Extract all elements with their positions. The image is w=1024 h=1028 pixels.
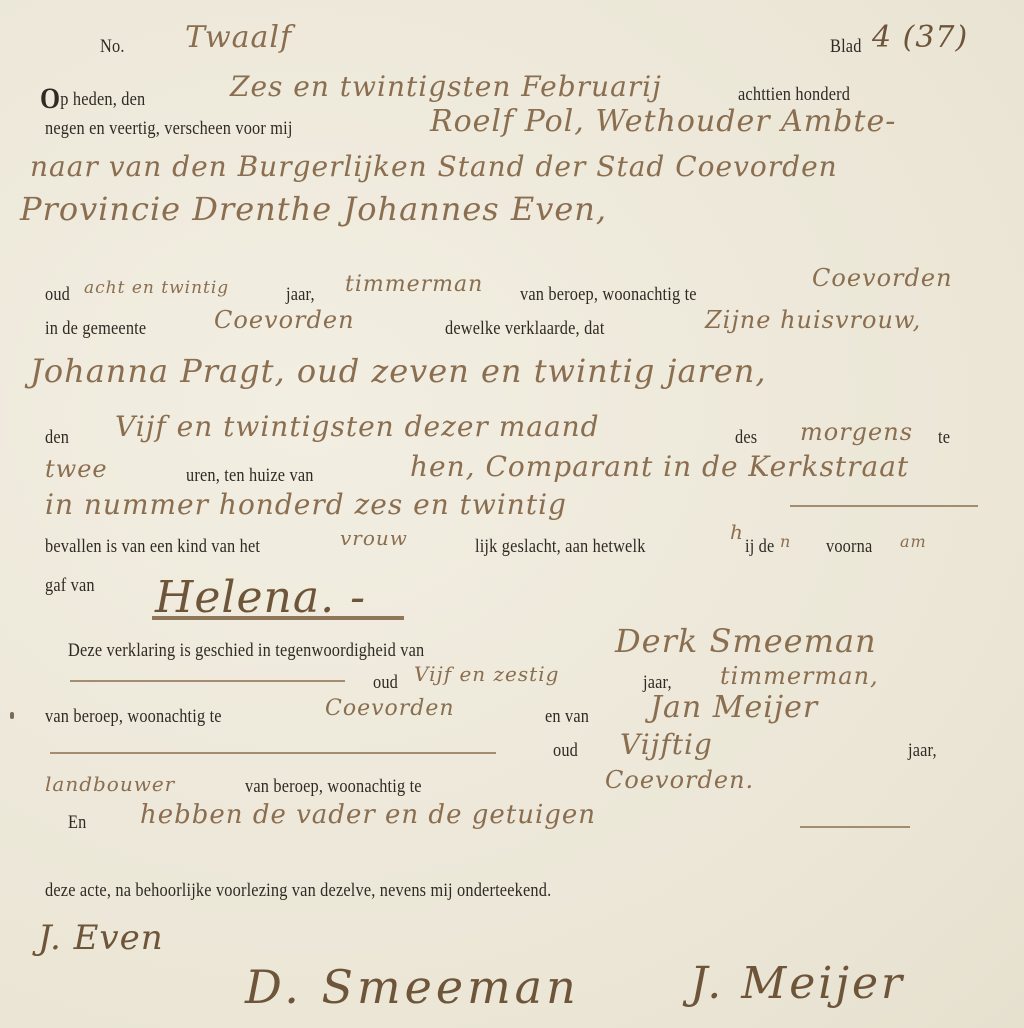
oud-label: oud bbox=[45, 284, 70, 306]
en-van-label: en van bbox=[545, 706, 589, 728]
witness2-occupation: landbouwer bbox=[45, 772, 175, 796]
ij-de-label: ij de bbox=[745, 536, 774, 558]
oud-label-2: oud bbox=[373, 672, 398, 694]
witness2-age: Vijftig bbox=[620, 728, 713, 761]
page-label: Blad bbox=[830, 36, 862, 58]
hij-prefix: h bbox=[730, 520, 744, 544]
municipality: Coevorden bbox=[214, 306, 355, 334]
de-suffix: n bbox=[780, 532, 791, 551]
year-text: achttien honderd bbox=[738, 84, 850, 106]
deze-verklaring-label: Deze verklaring is geschied in tegenwoor… bbox=[68, 640, 424, 662]
official-line-2: naar van den Burgerlijken Stand der Stad… bbox=[30, 150, 838, 183]
date-day-month: Zes en twintigsten Februarij bbox=[230, 70, 662, 103]
jaar-label: jaar, bbox=[286, 284, 315, 306]
official-line-3: Provincie Drenthe Johannes Even, bbox=[20, 190, 607, 228]
house-line-1: hen, Comparant in de Kerkstraat bbox=[410, 450, 909, 483]
closing-text: hebben de vader en de getuigen bbox=[140, 800, 596, 830]
signature-father: J. Even bbox=[38, 918, 164, 958]
gaf-van-label: gaf van bbox=[45, 575, 95, 597]
te-label: te bbox=[938, 427, 950, 449]
fill-line bbox=[50, 752, 496, 754]
declarant-age: acht en twintig bbox=[84, 278, 229, 298]
record-number-label: No. bbox=[100, 36, 125, 58]
time-of-day: morgens bbox=[800, 418, 913, 446]
witness2-name: Jan Meijer bbox=[650, 690, 818, 725]
child-name-underline bbox=[152, 616, 404, 620]
dewelke-label: dewelke verklaarde, dat bbox=[445, 318, 605, 340]
lijk-geslacht-label: lijk geslacht, aan hetwelk bbox=[475, 536, 646, 558]
in-de-gemeente-label: in de gemeente bbox=[45, 318, 146, 340]
mother-line: Johanna Pragt, oud zeven en twintig jare… bbox=[30, 352, 767, 390]
fill-line bbox=[800, 826, 910, 828]
witness1-occupation: timmerman, bbox=[720, 662, 879, 690]
negen-en-veertig-text: negen en veertig, verscheen voor mij bbox=[45, 118, 293, 140]
van-beroep-label: van beroep, woonachtig te bbox=[520, 284, 697, 306]
uren-label: uren, ten huize van bbox=[186, 465, 314, 487]
op-heden-rest: p heden, den bbox=[60, 89, 145, 110]
drop-initial: O bbox=[40, 82, 60, 115]
house-line-2: in nummer honderd zes en twintig bbox=[45, 488, 567, 521]
den-label: den bbox=[45, 427, 69, 449]
signature-witness1: D. Smeeman bbox=[245, 960, 580, 1014]
witness1-name: Derk Smeeman bbox=[615, 622, 877, 660]
van-beroep-label-3: van beroep, woonachtig te bbox=[245, 776, 422, 798]
op-heden-text: Op heden, den bbox=[40, 82, 145, 116]
voorna-suffix: am bbox=[900, 532, 927, 551]
witness1-age: Vijf en zestig bbox=[414, 662, 559, 686]
witness2-residence: Coevorden. bbox=[605, 766, 754, 794]
record-number-value: Twaalf bbox=[185, 20, 292, 55]
child-sex: vrouw bbox=[340, 526, 408, 550]
declarant-occupation: timmerman bbox=[345, 272, 483, 297]
birth-date: Vijf en twintigsten dezer maand bbox=[115, 410, 600, 443]
en-label: En bbox=[68, 812, 87, 834]
hour: twee bbox=[45, 455, 108, 483]
van-beroep-label-2: van beroep, woonachtig te bbox=[45, 706, 222, 728]
declarant-residence: Coevorden bbox=[812, 264, 953, 292]
signature-witness2: J. Meijer bbox=[690, 958, 905, 1009]
oud-label-3: oud bbox=[553, 740, 578, 762]
bevallen-label: bevallen is van een kind van het bbox=[45, 536, 260, 558]
deze-acte-text: deze acte, na behoorlijke voorlezing van… bbox=[45, 880, 551, 902]
jaar-label-3: jaar, bbox=[908, 740, 937, 762]
official-line-1: Roelf Pol, Wethouder Ambte- bbox=[430, 104, 896, 139]
witness1-residence: Coevorden bbox=[325, 696, 455, 721]
declared-start: Zijne huisvrouw, bbox=[705, 306, 921, 334]
voorna-label: voorna bbox=[826, 536, 872, 558]
page-value: 4 (37) bbox=[872, 20, 968, 55]
fill-line bbox=[790, 505, 978, 507]
des-label: des bbox=[735, 427, 757, 449]
margin-mark bbox=[10, 712, 14, 719]
fill-line bbox=[70, 680, 345, 682]
